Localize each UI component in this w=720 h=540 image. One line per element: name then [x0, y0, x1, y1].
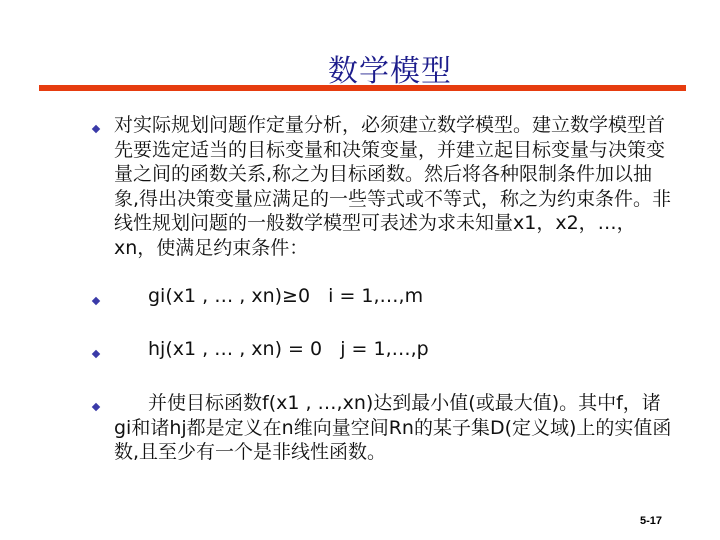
- title-divider: [39, 85, 686, 91]
- bullet-text: 并使目标函数f(x1 , …,xn)达到最小值(或最大值)。其中f，诸gi和诸h…: [114, 391, 674, 465]
- bullet-text: 对实际规划问题作定量分析，必须建立数学模型。建立数学模型首先要选定适当的目标变量…: [114, 113, 674, 260]
- bullet-icon: [92, 350, 100, 358]
- bullet-icon: [92, 297, 100, 305]
- inequality-constraint-formula: gi(x1 , … , xn)≥0 i = 1,…,m: [148, 285, 423, 307]
- equality-constraint-formula: hj(x1 , … , xn) = 0 j = 1,…,p: [148, 338, 429, 360]
- bullet-icon: [92, 403, 100, 411]
- slide-title: 数学模型: [0, 46, 720, 90]
- slide-number: 5-17: [640, 515, 662, 527]
- bullet-icon: [92, 125, 100, 133]
